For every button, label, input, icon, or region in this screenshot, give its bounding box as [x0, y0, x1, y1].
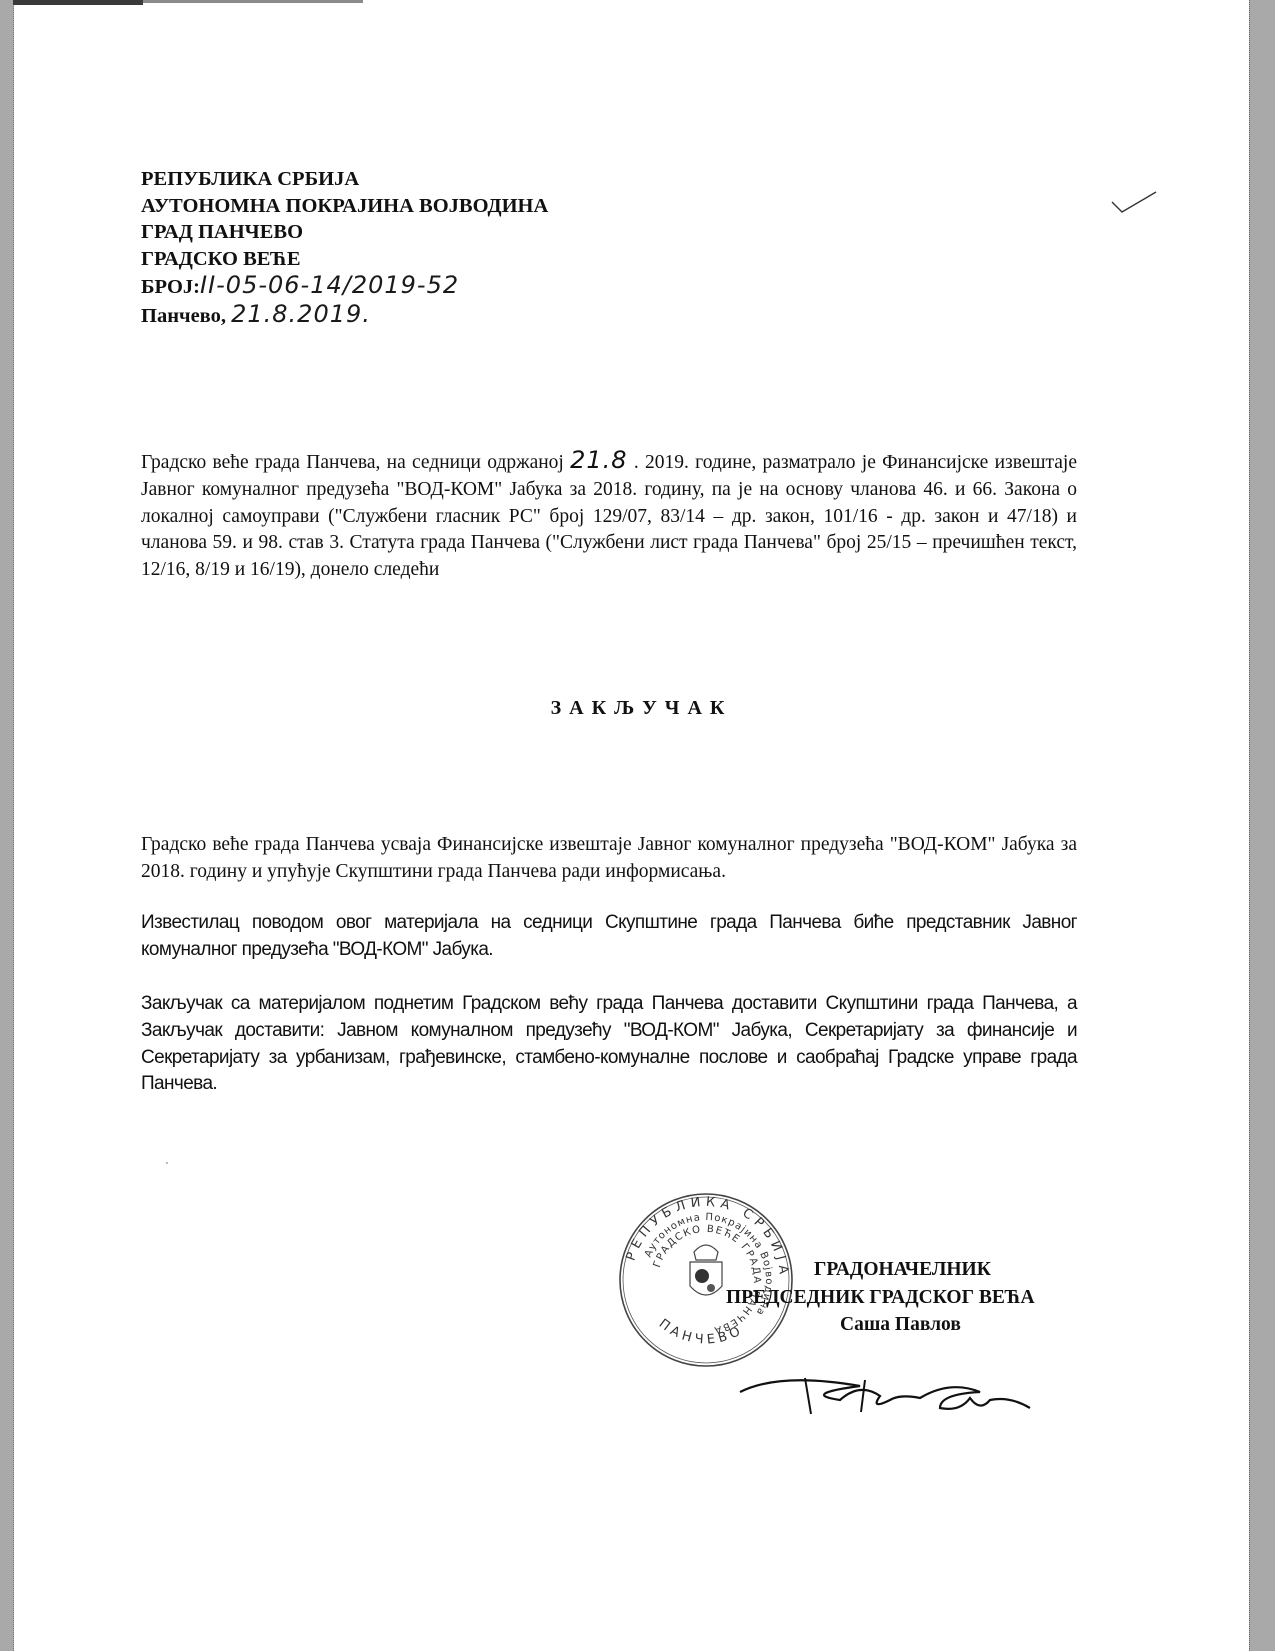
title-text: ЗАКЉУЧАК	[543, 697, 733, 719]
header-city: ГРАД ПАНЧЕВО	[141, 219, 548, 246]
intro-text-start: Градско веће града Панчева, на седници о…	[141, 452, 570, 473]
scan-artifact-top-faint	[143, 0, 363, 3]
intro-paragraph: Градско веће града Панчева, на седници о…	[141, 447, 1077, 584]
header-council: ГРАДСКО ВЕЋЕ	[141, 246, 548, 273]
header-province: АУТОНОМНА ПОКРАЈИНА ВОЈВОДИНА	[141, 193, 548, 220]
intro-date-handwritten: 21.8	[570, 446, 627, 474]
header-number: БРОЈ:II-05-06-14/2019-52	[141, 272, 548, 301]
date-handwritten: 21.8.2019.	[231, 300, 371, 328]
mayor-title: ГРАДОНАЧЕЛНИК	[814, 1257, 991, 1283]
header-place-date: Панчево, 21.8.2019.	[141, 301, 548, 330]
official-seal-stamp: РЕПУБЛИКА СРБИЈА Аутономна Покрајина Вој…	[616, 1190, 796, 1370]
coat-of-arms-icon	[690, 1245, 722, 1295]
conclusion-paragraph-3: Закључак са материјалом поднетим Градско…	[141, 991, 1077, 1098]
scan-border-left	[0, 0, 14, 1651]
scan-speck	[166, 1162, 168, 1164]
handwritten-signature	[735, 1370, 1045, 1420]
scan-artifact-top	[13, 0, 143, 5]
place-label: Панчево,	[141, 305, 226, 327]
scan-border-right	[1249, 0, 1275, 1651]
conclusion-paragraph-2: Известилац поводом овог материјала на се…	[141, 910, 1077, 964]
number-handwritten: II-05-06-14/2019-52	[200, 271, 459, 299]
conclusion-paragraph-1: Градско веће града Панчева усваја Финанс…	[141, 832, 1077, 886]
header-country: РЕПУБЛИКА СРБИЈА	[141, 166, 548, 193]
council-president-title: ПРЕДСЕДНИК ГРАДСКОГ ВЕЋА	[726, 1285, 1035, 1311]
signatory-name: Саша Павлов	[840, 1312, 961, 1338]
number-label: БРОЈ:	[141, 276, 200, 298]
check-mark-icon	[1110, 190, 1160, 220]
document-header: РЕПУБЛИКА СРБИЈА АУТОНОМНА ПОКРАЈИНА ВОЈ…	[141, 166, 548, 329]
document-title: ЗАКЉУЧАК	[0, 697, 1275, 720]
